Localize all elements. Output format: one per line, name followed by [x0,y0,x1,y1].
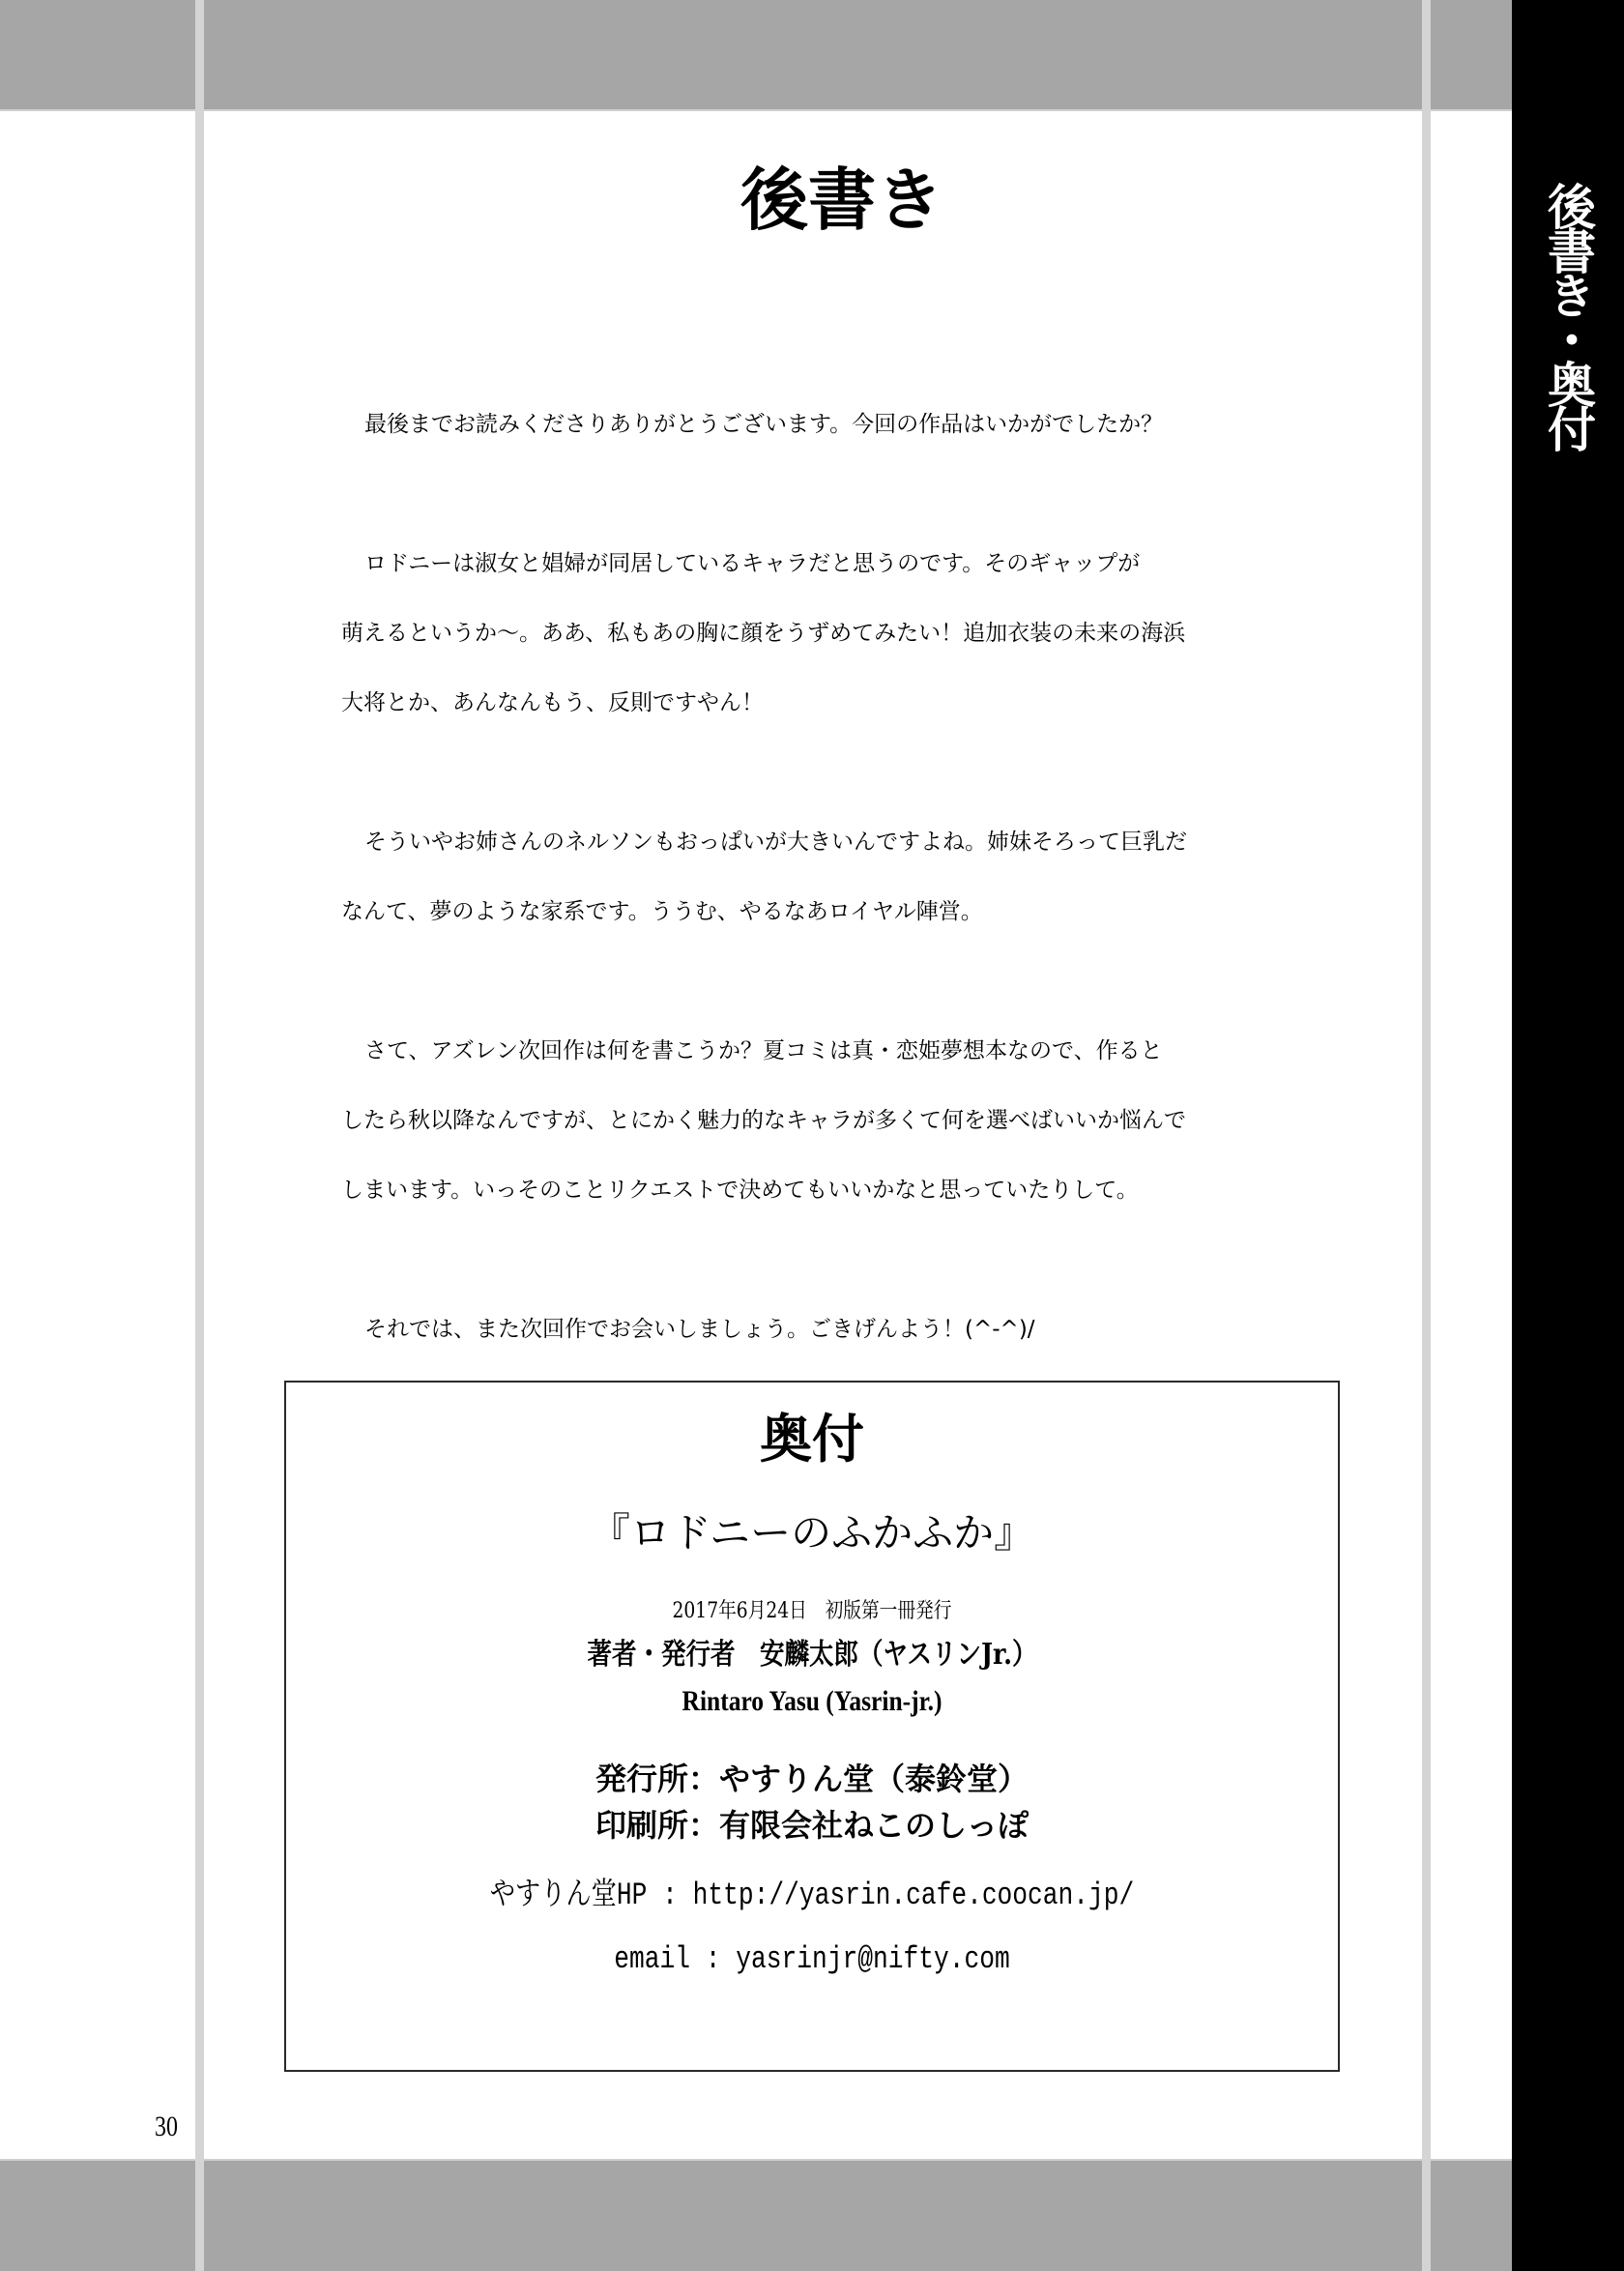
text-line: そういやお姉さんのネルソンもおっぱいが大きいんですよね。姉妹そろって巨乳だ [341,825,1289,859]
text-line: 萌えるというか～。ああ、私もあの胸に顔をうずめてみたい！追加衣装の未来の海浜 [341,616,1289,651]
side-index-tab: 後書き・奥付 [1512,0,1624,2271]
author-romanized: Rintaro Yasu (Yasrin-jr.) [365,1684,1260,1719]
text-line: なんて、夢のような家系です。ううむ、やるなあロイヤル陣営。 [341,894,1289,929]
contact-email: email : yasrinjr@nifty.com [381,1939,1243,1980]
side-tab-label: 後書き・奥付 [1512,182,1624,449]
page-number: 30 [144,2108,178,2146]
printer: 印刷所：有限会社ねこのしっぽ [286,1804,1338,1847]
text-line: それでは、また次回作でお会いしましょう。ごきげんよう！(^-^)/ [341,1312,1289,1347]
paragraph: さて、アズレン次回作は何を書こうか？夏コミは真・恋姫夢想本なので、作ると したら… [341,999,1289,1242]
homepage-url: やすりん堂HP : http://yasrin.cafe.coocan.jp/ [381,1876,1243,1916]
paragraph: ロドニーは淑女と娼婦が同居しているキャラだと思うのです。そのギャップが 萌えると… [341,511,1289,755]
right-guide-line [1422,0,1431,2271]
page-title: 後書き [204,159,1422,242]
text-line: 大将とか、あんなんもう、反則ですやん！ [341,685,1289,720]
text-line: しまいます。いっそのことリクエストで決めてもいいかなと思っていたりして。 [341,1173,1289,1208]
paragraph: そういやお姉さんのネルソンもおっぱいが大きいんですよね。姉妹そろって巨乳だ なん… [341,790,1289,964]
text-line: さて、アズレン次回作は何を書こうか？夏コミは真・恋姫夢想本なので、作ると [341,1034,1289,1068]
text-line: 最後までお読みくださりありがとうございます。今回の作品はいかがでしたか？ [341,407,1289,442]
colophon-title: 奥付 [286,1406,1338,1473]
book-title: 『ロドニーのふかふか』 [286,1506,1338,1560]
bottom-gray-band [0,2159,1512,2271]
author-publisher: 著者・発行者 安麟太郎（ヤスリンJr.） [365,1638,1260,1673]
afterword-body: 最後までお読みくださりありがとうございます。今回の作品はいかがでしたか？ ロドニ… [341,372,1289,1416]
text-line: したら秋以降なんですが、とにかく魅力的なキャラが多くて何を選べばいいか悩んで [341,1103,1289,1138]
paragraph: それでは、また次回作でお会いしましょう。ごきげんよう！(^-^)/ [341,1277,1289,1382]
left-guide-line [195,0,204,2271]
colophon-box: 奥付 『ロドニーのふかふか』 2017年6月24日 初版第一冊発行 著者・発行者… [284,1381,1340,2072]
paragraph: 最後までお読みくださりありがとうございます。今回の作品はいかがでしたか？ [341,372,1289,477]
top-gray-band [0,0,1512,111]
publication-date: 2017年6月24日 初版第一冊発行 [365,1597,1260,1626]
publisher: 発行所：やすりん堂（泰鈴堂） [286,1758,1338,1800]
text-line: ロドニーは淑女と娼婦が同居しているキャラだと思うのです。そのギャップが [341,546,1289,581]
